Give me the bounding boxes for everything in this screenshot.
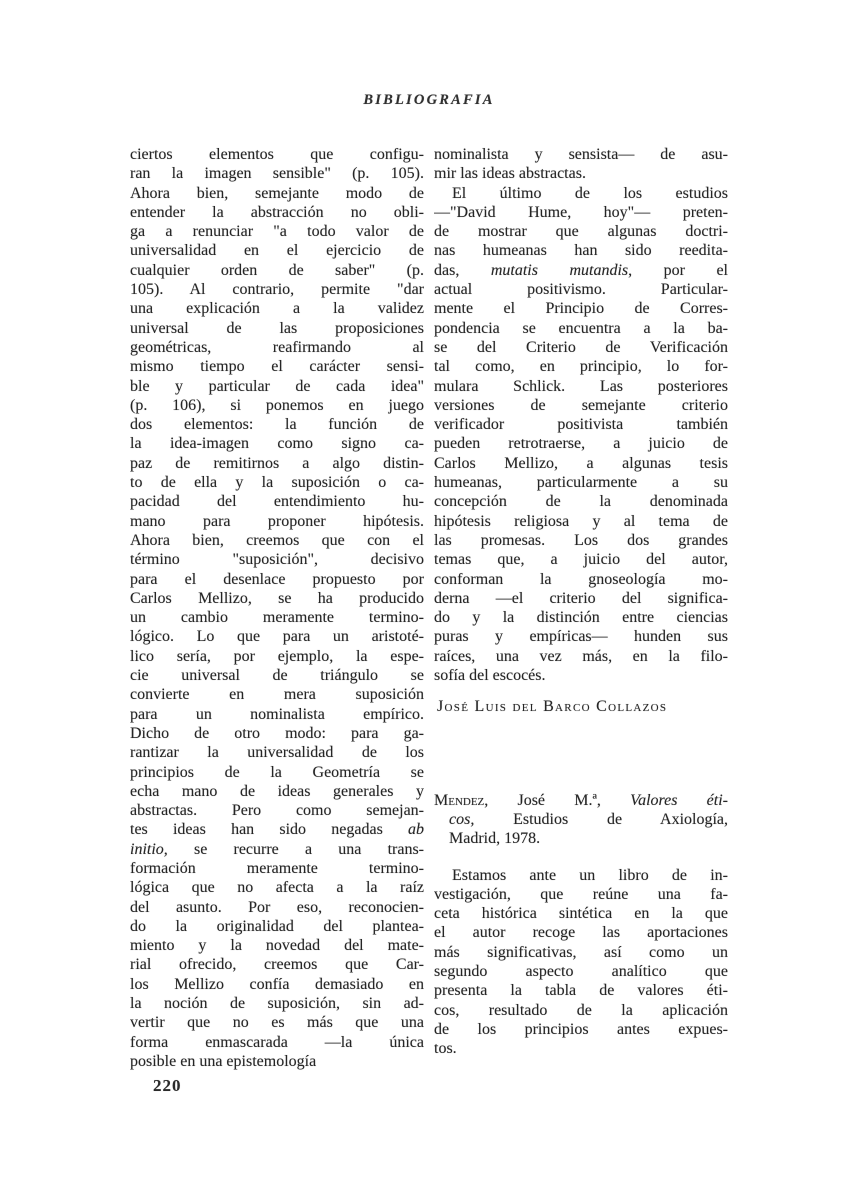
text-line: formación meramente termino-: [130, 859, 424, 878]
text-line: para el desenlace propuesto por: [130, 570, 424, 589]
text-line: El último de los estudios: [434, 184, 728, 203]
text-line: concepción de la denominada: [434, 492, 728, 511]
text-columns: ciertos elementos que configu-ran la ima…: [130, 145, 728, 1071]
text-line: vestigación, que reúne una fa-: [434, 885, 728, 904]
text-line: se del Criterio de Verificación: [434, 338, 728, 357]
text-line: mano para proponer hipótesis.: [130, 512, 424, 531]
text-line: lico sería, por ejemplo, la espe-: [130, 647, 424, 666]
text-line: temas que, a juicio del autor,: [434, 550, 728, 569]
text-line: do la originalidad del plantea-: [130, 917, 424, 936]
text-line: initio, se recurre a una trans-: [130, 840, 424, 859]
text-line: Estamos ante un libro de in-: [434, 866, 728, 885]
text-line: conforman la gnoseología mo-: [434, 570, 728, 589]
text-line: tal como, en principio, lo for-: [434, 357, 728, 376]
text-line: cualquier orden de saber" (p.: [130, 261, 424, 280]
text-line: entender la abstracción no obli-: [130, 203, 424, 222]
text-line: un cambio meramente termino-: [130, 608, 424, 627]
text-line: del asunto. Por eso, reconocien-: [130, 898, 424, 917]
text-line: abstractas. Pero como semejan-: [130, 801, 424, 820]
text-line: lógica que no afecta a la raíz: [130, 878, 424, 897]
text-line: una explicación a la validez: [130, 299, 424, 318]
scanned-page: BIBLIOGRAFIA ciertos elementos que confi…: [0, 0, 852, 1200]
text-line: ran la imagen sensible" (p. 105).: [130, 164, 424, 183]
text-line: echa mano de ideas generales y: [130, 782, 424, 801]
text-line: Ahora bien, semejante modo de: [130, 184, 424, 203]
text-line: Mendez, José M.ª, Valores éti-: [434, 791, 728, 810]
text-line: la noción de suposición, sin ad-: [130, 994, 424, 1013]
text-line: paz de remitirnos a algo distin-: [130, 454, 424, 473]
text-line: —"David Hume, hoy"— preten-: [434, 203, 728, 222]
text-line: Madrid, 1978.: [434, 829, 728, 848]
text-line: nominalista y sensista— de asu-: [434, 145, 728, 164]
text-line: cie universal de triángulo se: [130, 666, 424, 685]
text-line: miento y la novedad del mate-: [130, 936, 424, 955]
text-line: rial ofrecido, creemos que Car-: [130, 955, 424, 974]
text-line: tos.: [434, 1039, 728, 1058]
signature-line: José Luis del Barco Collazos: [434, 697, 728, 716]
page-number: 220: [153, 1076, 182, 1096]
text-line: raíces, una vez más, en la filo-: [434, 647, 728, 666]
text-line: forma enmascarada —la única: [130, 1033, 424, 1052]
text-line: geométricas, reafirmando al: [130, 338, 424, 357]
text-line: vertir que no es más que una: [130, 1013, 424, 1032]
text-line: pondencia se encuentra a la ba-: [434, 319, 728, 338]
text-line: Ahora bien, creemos que con el: [130, 531, 424, 550]
text-line: principios de la Geometría se: [130, 763, 424, 782]
text-line: mente el Principio de Corres-: [434, 299, 728, 318]
text-line: do y la distinción entre ciencias: [434, 608, 728, 627]
text-line: convierte en mera suposición: [130, 685, 424, 704]
text-line: mir las ideas abstractas.: [434, 164, 728, 183]
text-line: hipótesis religiosa y al tema de: [434, 512, 728, 531]
text-line: versiones de semejante criterio: [434, 396, 728, 415]
text-line: la idea-imagen como signo ca-: [130, 434, 424, 453]
text-line: ceta histórica sintética en la que: [434, 904, 728, 923]
text-line: pacidad del entendimiento hu-: [130, 492, 424, 511]
text-line: Carlos Mellizo, se ha producido: [130, 589, 424, 608]
text-line: mismo tiempo el carácter sensi-: [130, 357, 424, 376]
text-line: sofía del escocés.: [434, 666, 728, 685]
running-head-title: BIBLIOGRAFIA: [130, 92, 728, 109]
text-line: tes ideas han sido negadas ab: [130, 820, 424, 839]
text-line: segundo aspecto analítico que: [434, 962, 728, 981]
text-line: para un nominalista empírico.: [130, 705, 424, 724]
text-line: (p. 106), si ponemos en juego: [130, 396, 424, 415]
text-line: derna —el criterio del significa-: [434, 589, 728, 608]
text-line: universalidad en el ejercicio de: [130, 241, 424, 260]
text-line: Dicho de otro modo: para ga-: [130, 724, 424, 743]
text-line: puras y empíricas— hunden sus: [434, 627, 728, 646]
text-line: cos, Estudios de Axiología,: [434, 810, 728, 829]
text-line: más significativas, así como un: [434, 943, 728, 962]
text-line: de los principios antes expues-: [434, 1020, 728, 1039]
text-line: to de ella y la suposición o ca-: [130, 473, 424, 492]
text-line: posible en una epistemología: [130, 1052, 424, 1071]
text-line: ciertos elementos que configu-: [130, 145, 424, 164]
text-line: las promesas. Los dos grandes: [434, 531, 728, 550]
text-line: lógico. Lo que para un aristoté-: [130, 627, 424, 646]
text-line: nas humeanas han sido reedita-: [434, 241, 728, 260]
text-line: ga a renunciar "a todo valor de: [130, 222, 424, 241]
text-line: 105). Al contrario, permite "dar: [130, 280, 424, 299]
text-line: verificador positivista también: [434, 415, 728, 434]
text-line: humeanas, particularmente a su: [434, 473, 728, 492]
text-line: actual positivismo. Particular-: [434, 280, 728, 299]
right-column: nominalista y sensista— de asu-mir las i…: [434, 145, 728, 1071]
text-line: dos elementos: la función de: [130, 415, 424, 434]
text-line: el autor recoge las aportaciones: [434, 923, 728, 942]
text-line: pueden retrotraerse, a juicio de: [434, 434, 728, 453]
text-line: ble y particular de cada idea": [130, 377, 424, 396]
text-line: Carlos Mellizo, a algunas tesis: [434, 454, 728, 473]
text-line: presenta la tabla de valores éti-: [434, 981, 728, 1000]
text-line: de mostrar que algunas doctri-: [434, 222, 728, 241]
text-line: das, mutatis mutandis, por el: [434, 261, 728, 280]
text-line: los Mellizo confía demasiado en: [130, 975, 424, 994]
text-line: término "suposición", decisivo: [130, 550, 424, 569]
text-line: universal de las proposiciones: [130, 319, 424, 338]
text-line: rantizar la universalidad de los: [130, 743, 424, 762]
text-line: cos, resultado de la aplicación: [434, 1001, 728, 1020]
left-column: ciertos elementos que configu-ran la ima…: [130, 145, 424, 1071]
text-line: mulara Schlick. Las posteriores: [434, 377, 728, 396]
